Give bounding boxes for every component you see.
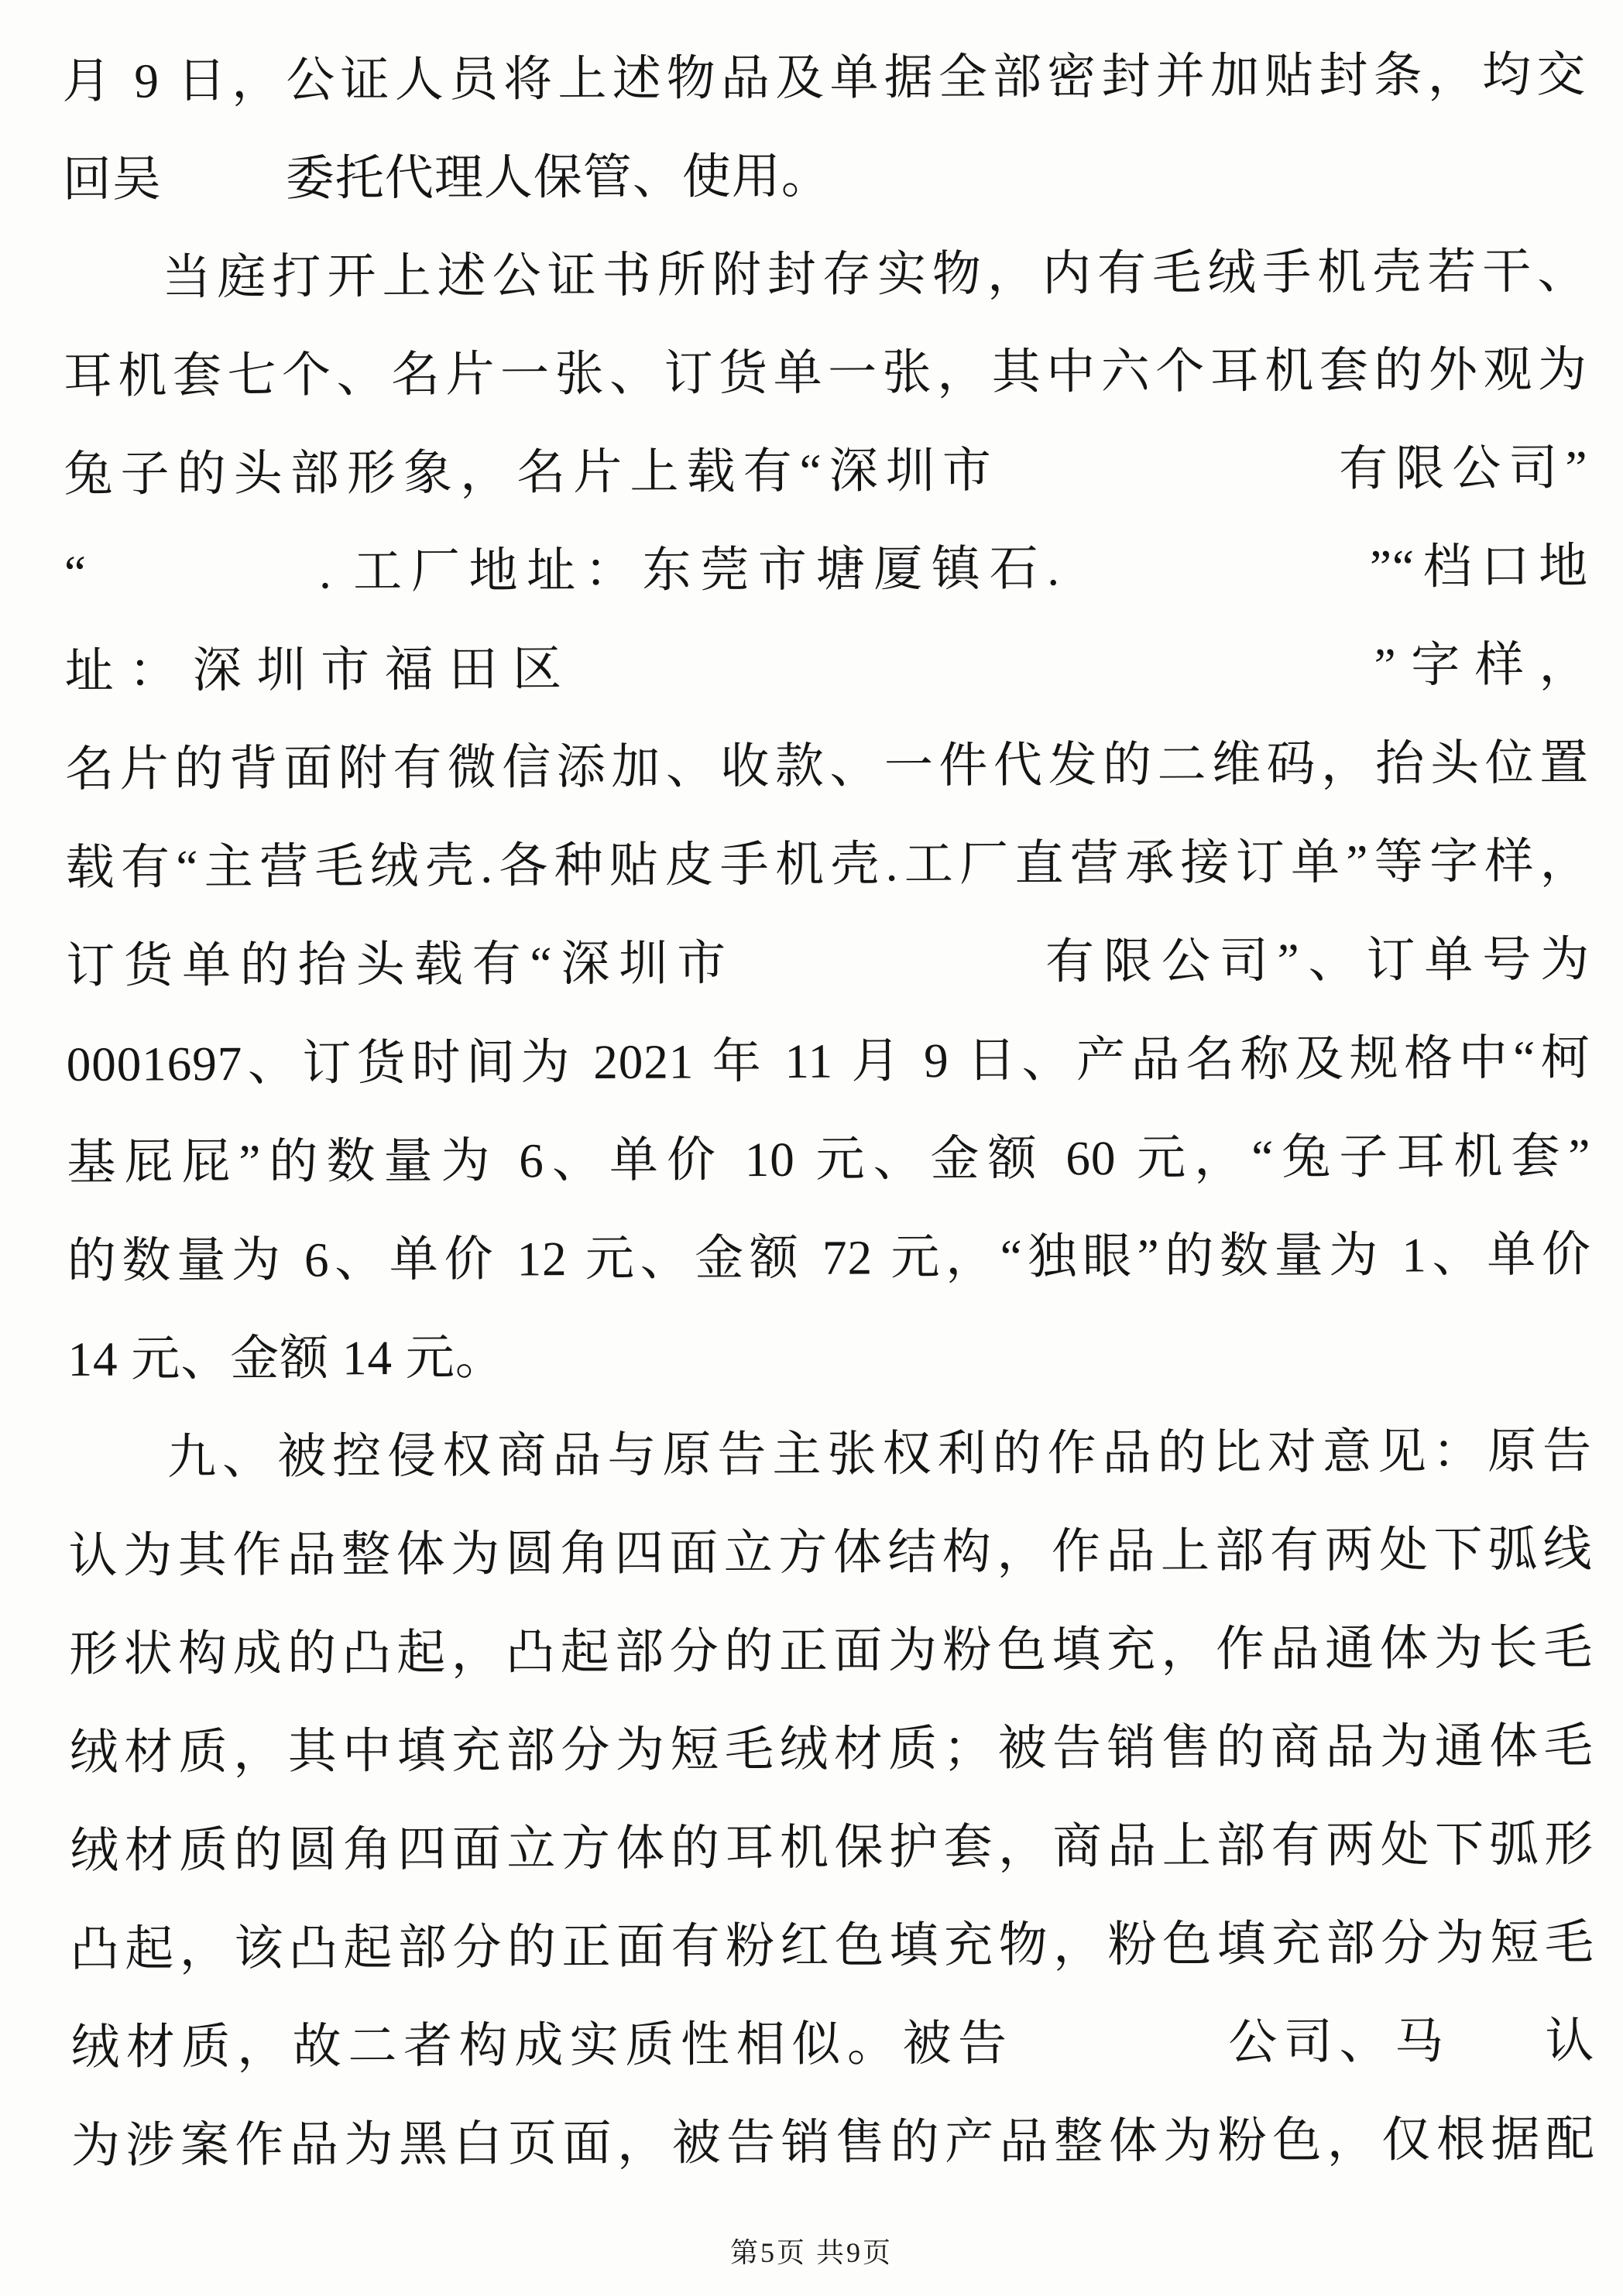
page-number: 第5页 共9页 xyxy=(730,2237,893,2268)
text-segment: 址：深圳市福田区 xyxy=(64,642,576,698)
text-segment: ”“档口地 xyxy=(1370,539,1588,594)
text-segment: 基屁屁”的数量为 6、单价 10 元、金额 60 元，“兔子耳机套” xyxy=(67,1129,1590,1190)
text-segment: 认 xyxy=(1539,2013,1595,2068)
text-line: 址：深圳市福田区”字样， xyxy=(64,615,1589,721)
text-segment: 载有“主营毛绒壳.各种贴皮手机壳.工厂直营承接订单”等字样， xyxy=(66,834,1590,895)
text-line: 月 9 日，公证人员将上述物品及单据全部密封并加贴封条，均交 xyxy=(62,26,1587,131)
text-segment: 委托代理人保管、使用。 xyxy=(286,149,831,206)
page-footer: 第5页 共9页 xyxy=(0,2231,1623,2270)
text-line: 认为其作品整体为圆角四面立方体结构，作品上部有两处下弧线 xyxy=(68,1500,1593,1605)
text-line: 耳机套七个、名片一张、订货单一张，其中六个耳机套的外观为 xyxy=(63,320,1588,426)
text-line: “. 工厂地址：东莞市塘厦镇石.”“档口地 xyxy=(64,517,1589,622)
text-segment: 绒材质的圆角四面立方体的耳机保护套，商品上部有两处下弧形 xyxy=(70,1817,1594,1878)
text-line: 绒材质，故二者构成实质性相似。被告公司、马认 xyxy=(70,1992,1595,2097)
text-line: 九、被控侵权商品与原告主张权利的作品的比对意见：原告 xyxy=(68,1402,1593,1507)
redaction-gap xyxy=(162,192,286,196)
document-body: 月 9 日，公证人员将上述物品及单据全部密封并加贴封条，均交回吴委托代理人保管、… xyxy=(62,26,1595,2195)
text-segment: 名片的背面附有微信添加、收款、一件代发的二维码，抬头位置 xyxy=(65,735,1589,797)
text-segment: 认为其作品整体为圆角四面立方体结构，作品上部有两处下弧线 xyxy=(68,1522,1592,1583)
text-segment: 订货单的抬头载有“深圳市 xyxy=(66,936,735,993)
text-segment: 公司、马 xyxy=(1223,2014,1450,2069)
redaction-gap xyxy=(1060,581,1370,585)
redaction-gap xyxy=(577,679,1374,685)
text-segment: 有限公司”、订单号为 xyxy=(1037,932,1590,989)
redaction-gap xyxy=(1014,2055,1223,2059)
text-segment: . 工厂地址：东莞市塘厦镇石. xyxy=(319,541,1060,598)
redaction-gap xyxy=(999,482,1332,487)
text-segment: 0001697、订货时间为 2021 年 11 月 9 日、产品名称及规格中“柯 xyxy=(67,1030,1590,1091)
text-line: 0001697、订货时间为 2021 年 11 月 9 日、产品名称及规格中“柯 xyxy=(67,1009,1591,1114)
text-line: 为涉案作品为黑白页面，被告销售的产品整体为粉色，仅根据配 xyxy=(71,2090,1596,2195)
text-line: 凸起，该凸起部分的正面有粉红色填充物，粉色填充部分为短毛 xyxy=(70,1893,1595,1999)
text-line: 基屁屁”的数量为 6、单价 10 元、金额 60 元，“兔子耳机套” xyxy=(67,1107,1591,1212)
text-segment: 耳机套七个、名片一张、订货单一张，其中六个耳机套的外观为 xyxy=(63,342,1587,403)
text-line: 形状构成的凸起，凸起部分的正面为粉色填充，作品通体为长毛 xyxy=(69,1599,1594,1704)
text-segment: ”字样， xyxy=(1374,637,1589,692)
redaction-gap xyxy=(735,975,1037,980)
text-line: 绒材质，其中填充部分为短毛绒材质；被告销售的商品为通体毛 xyxy=(69,1697,1594,1802)
text-segment: 有限公司” xyxy=(1332,440,1588,495)
text-line: 名片的背面附有微信添加、收款、一件代发的二维码，抬头位置 xyxy=(65,714,1590,819)
text-line: 兔子的头部形象，名片上载有“深圳市有限公司” xyxy=(63,419,1588,524)
text-segment: 绒材质，故二者构成实质性相似。被告 xyxy=(70,2017,1014,2075)
text-line: 回吴委托代理人保管、使用。 xyxy=(63,124,1587,229)
text-segment: 为涉案作品为黑白页面，被告销售的产品整体为粉色，仅根据配 xyxy=(71,2112,1595,2173)
text-segment: 的数量为 6、单价 12 元、金额 72 元，“独眼”的数量为 1、单价 xyxy=(67,1227,1591,1288)
redaction-gap xyxy=(87,585,319,589)
text-line: 14 元、金额 14 元。 xyxy=(67,1304,1592,1409)
text-line: 绒材质的圆角四面立方体的耳机保护套，商品上部有两处下弧形 xyxy=(70,1795,1594,1900)
document-page: 月 9 日，公证人员将上述物品及单据全部密封并加贴封条，均交回吴委托代理人保管、… xyxy=(0,0,1623,2296)
text-line: 的数量为 6、单价 12 元、金额 72 元，“独眼”的数量为 1、单价 xyxy=(67,1205,1592,1311)
text-segment: 当庭打开上述公证书所附封存实物，内有毛绒手机壳若干、 xyxy=(162,244,1587,304)
text-line: 当庭打开上述公证书所附封存实物，内有毛绒手机壳若干、 xyxy=(63,222,1587,327)
text-segment: 九、被控侵权商品与原告主张权利的作品的比对意见：原告 xyxy=(167,1424,1592,1484)
text-line: 载有“主营毛绒壳.各种贴皮手机壳.工厂直营承接订单”等字样， xyxy=(65,812,1590,917)
text-segment: 14 元、金额 14 元。 xyxy=(67,1331,505,1386)
text-line: 订货单的抬头载有“深圳市有限公司”、订单号为 xyxy=(66,910,1590,1016)
text-segment: 形状构成的凸起，凸起部分的正面为粉色填充，作品通体为长毛 xyxy=(69,1620,1593,1681)
text-segment: 兔子的头部形象，名片上载有“深圳市 xyxy=(63,444,999,502)
redaction-gap xyxy=(1450,2054,1539,2058)
text-segment: “ xyxy=(64,546,87,600)
text-segment: 绒材质，其中填充部分为短毛绒材质；被告销售的商品为通体毛 xyxy=(70,1719,1594,1780)
text-segment: 月 9 日，公证人员将上述物品及单据全部密封并加贴封条，均交 xyxy=(62,47,1586,108)
text-segment: 凸起，该凸起部分的正面有粉红色填充物，粉色填充部分为短毛 xyxy=(70,1915,1594,1976)
text-segment: 回吴 xyxy=(63,152,162,207)
